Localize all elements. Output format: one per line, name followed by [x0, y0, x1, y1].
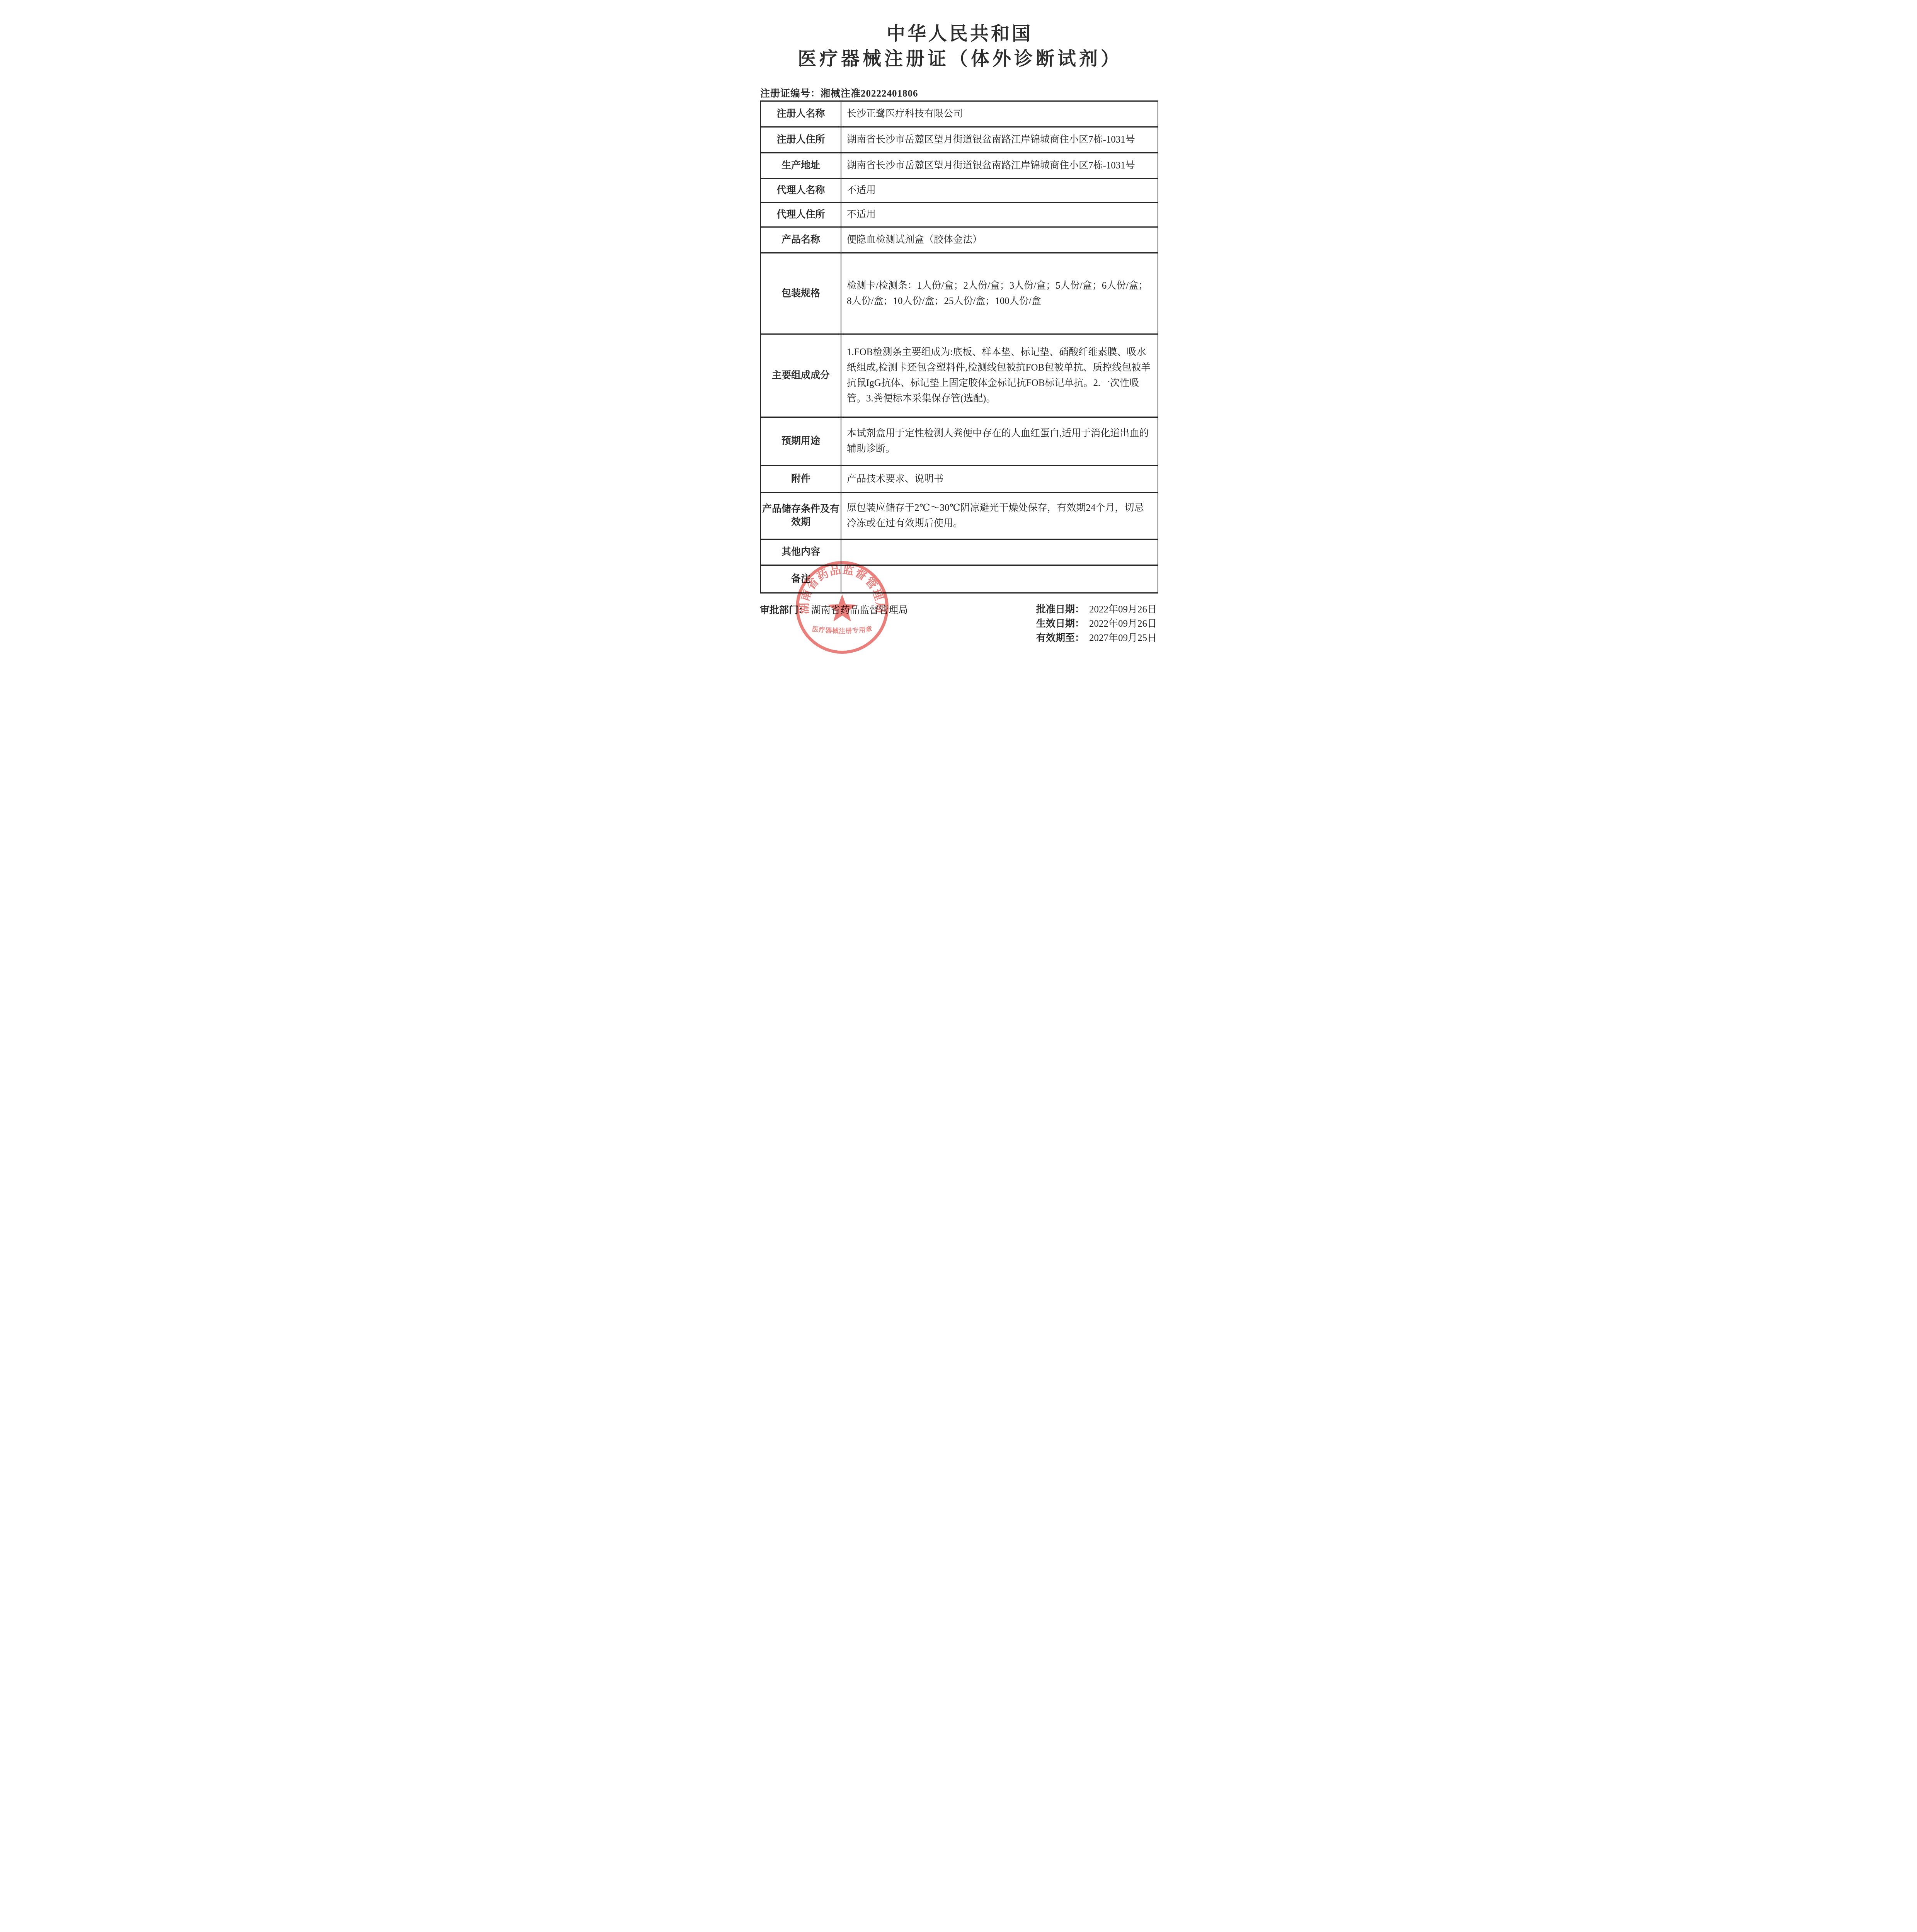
row-label: 产品名称 — [761, 227, 841, 253]
approval-department-label: 审批部门： — [760, 605, 808, 616]
approval-department: 审批部门：湖南省药品监督管理局 — [760, 604, 908, 617]
row-value: 本试剂盒用于定性检测人粪便中存在的人血红蛋白,适用于消化道出血的辅助诊断。 — [841, 417, 1158, 466]
row-label: 产品储存条件及有效期 — [761, 493, 841, 539]
row-label: 注册人住所 — [761, 127, 841, 153]
dates-block: 批准日期：2022年09月26日 生效日期：2022年09月26日 有效期至：2… — [1036, 604, 1157, 646]
row-value — [841, 565, 1158, 593]
approval-department-value: 湖南省药品监督管理局 — [811, 605, 908, 616]
row-label: 备注 — [761, 565, 841, 593]
row-label: 代理人住所 — [761, 202, 841, 227]
row-value: 湖南省长沙市岳麓区望月街道银盆南路江岸锦城商住小区7栋-1031号 — [841, 153, 1158, 179]
table-row: 包装规格 检测卡/检测条：1人份/盒；2人份/盒；3人份/盒；5人份/盒；6人份… — [761, 253, 1158, 334]
row-value: 产品技术要求、说明书 — [841, 466, 1158, 493]
row-label: 附件 — [761, 466, 841, 493]
row-value: 1.FOB检测条主要组成为:底板、样本垫、标记垫、硝酸纤维素膜、吸水纸组成,检测… — [841, 334, 1158, 417]
table-row: 注册人住所 湖南省长沙市岳麓区望月街道银盆南路江岸锦城商住小区7栋-1031号 — [761, 127, 1158, 153]
row-value: 检测卡/检测条：1人份/盒；2人份/盒；3人份/盒；5人份/盒；6人份/盒；8人… — [841, 253, 1158, 334]
table-row: 注册人名称 长沙正鹭医疗科技有限公司 — [761, 101, 1158, 127]
page-title-line2: 医疗器械注册证（体外诊断试剂） — [719, 46, 1198, 72]
stamp-bottom-text: 医疗器械注册专用章 — [812, 625, 873, 634]
svg-text:医疗器械注册专用章: 医疗器械注册专用章 — [812, 625, 873, 634]
approval-date-label: 批准日期： — [1036, 604, 1084, 615]
expiry-date: 有效期至：2027年09月25日 — [1036, 632, 1157, 646]
table-row: 代理人住所 不适用 — [761, 202, 1158, 227]
table-row: 代理人名称 不适用 — [761, 179, 1158, 202]
registration-number-label: 注册证编号： — [760, 88, 821, 99]
approval-date: 批准日期：2022年09月26日 — [1036, 604, 1157, 618]
effective-date-value: 2022年09月26日 — [1089, 619, 1157, 629]
row-value: 长沙正鹭医疗科技有限公司 — [841, 101, 1158, 127]
page-title: 中华人民共和国 医疗器械注册证（体外诊断试剂） — [719, 22, 1198, 72]
expiry-date-label: 有效期至： — [1036, 633, 1084, 643]
table-row: 附件 产品技术要求、说明书 — [761, 466, 1158, 493]
table-row: 预期用途 本试剂盒用于定性检测人粪便中存在的人血红蛋白,适用于消化道出血的辅助诊… — [761, 417, 1158, 466]
effective-date-label: 生效日期： — [1036, 619, 1084, 629]
table-row: 备注 — [761, 565, 1158, 593]
row-label: 预期用途 — [761, 417, 841, 466]
page-title-line1: 中华人民共和国 — [719, 22, 1198, 46]
approval-date-value: 2022年09月26日 — [1089, 604, 1157, 615]
table-row: 产品名称 便隐血检测试剂盒（胶体金法） — [761, 227, 1158, 253]
certificate-table: 注册人名称 长沙正鹭医疗科技有限公司 注册人住所 湖南省长沙市岳麓区望月街道银盆… — [760, 100, 1158, 594]
row-label: 主要组成成分 — [761, 334, 841, 417]
row-value: 原包装应储存于2℃～30℃阴凉避光干燥处保存，有效期24个月，切忌冷冻或在过有效… — [841, 493, 1158, 539]
table-row: 产品储存条件及有效期 原包装应储存于2℃～30℃阴凉避光干燥处保存，有效期24个… — [761, 493, 1158, 539]
table-row: 生产地址 湖南省长沙市岳麓区望月街道银盆南路江岸锦城商住小区7栋-1031号 — [761, 153, 1158, 179]
row-label: 注册人名称 — [761, 101, 841, 127]
effective-date: 生效日期：2022年09月26日 — [1036, 618, 1157, 632]
registration-number-value: 湘械注准20222401806 — [821, 88, 918, 99]
row-label: 生产地址 — [761, 153, 841, 179]
expiry-date-value: 2027年09月25日 — [1089, 633, 1157, 643]
row-label: 代理人名称 — [761, 179, 841, 202]
row-value: 便隐血检测试剂盒（胶体金法） — [841, 227, 1158, 253]
row-value: 不适用 — [841, 202, 1158, 227]
table-row: 主要组成成分 1.FOB检测条主要组成为:底板、样本垫、标记垫、硝酸纤维素膜、吸… — [761, 334, 1158, 417]
row-value: 不适用 — [841, 179, 1158, 202]
certificate-page: 中华人民共和国 医疗器械注册证（体外诊断试剂） 注册证编号：湘械注准202224… — [719, 0, 1198, 678]
row-label: 包装规格 — [761, 253, 841, 334]
row-label: 其他内容 — [761, 539, 841, 565]
row-value: 湖南省长沙市岳麓区望月街道银盆南路江岸锦城商住小区7栋-1031号 — [841, 127, 1158, 153]
table-row: 其他内容 — [761, 539, 1158, 565]
registration-number: 注册证编号：湘械注准20222401806 — [760, 86, 918, 100]
row-value — [841, 539, 1158, 565]
